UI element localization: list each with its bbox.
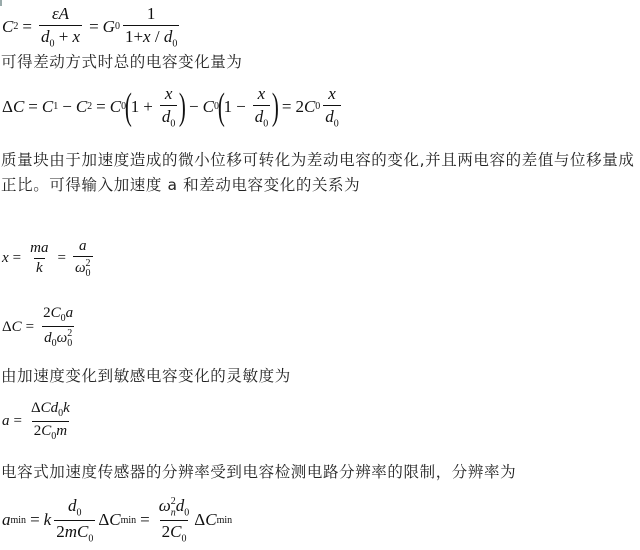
op: = bbox=[14, 413, 22, 430]
sym: a bbox=[2, 510, 11, 530]
op: − bbox=[236, 97, 246, 117]
sym: C bbox=[12, 319, 22, 336]
paragraph-sensitivity: 由加速度变化到敏感电容变化的灵敏度为 bbox=[1, 364, 291, 386]
sym: C bbox=[77, 522, 88, 541]
denominator: 2mC0 bbox=[54, 520, 95, 545]
fraction: d0 2mC0 bbox=[54, 496, 95, 545]
sup: 2 bbox=[86, 258, 91, 269]
op: = bbox=[13, 250, 21, 267]
op: = bbox=[140, 510, 150, 530]
numerator: x bbox=[326, 84, 338, 105]
equation-c2: C2 = εA d0 + x = G0 1 1+x / d0 bbox=[2, 4, 182, 49]
op: = bbox=[30, 510, 40, 530]
op: = bbox=[57, 250, 65, 267]
sym: C bbox=[203, 97, 214, 117]
sym: C bbox=[2, 17, 13, 37]
sym: C bbox=[205, 510, 216, 530]
sym: G bbox=[103, 17, 115, 37]
sym: Δ bbox=[2, 97, 13, 117]
sym: C bbox=[42, 97, 53, 117]
sub: 0 bbox=[181, 533, 186, 544]
sym: C bbox=[51, 305, 61, 321]
sym: C bbox=[13, 97, 24, 117]
equation-delta-c: ΔC = C1 − C2 = C0 ( 1+ x d0 ) − C0 ( 1− … bbox=[2, 84, 344, 129]
fraction: εA d0 + x bbox=[39, 4, 82, 49]
sub: 0 bbox=[86, 268, 91, 279]
sym: Δ bbox=[31, 400, 41, 416]
sym: ω bbox=[75, 260, 86, 276]
denominator: d0 bbox=[323, 105, 341, 130]
equation-displacement: x = ma k = a ω02 bbox=[2, 238, 96, 280]
numerator: εA bbox=[50, 4, 71, 25]
fraction: x d0 bbox=[160, 84, 178, 129]
numerator: 2C0a bbox=[41, 305, 75, 326]
fraction: x d0 bbox=[323, 84, 341, 129]
denominator: d0 + x bbox=[39, 25, 82, 50]
numerator: ΔCd0k bbox=[29, 400, 72, 421]
sub: 0 bbox=[334, 118, 339, 129]
op: = bbox=[28, 97, 38, 117]
sym: C bbox=[109, 510, 120, 530]
op: + bbox=[133, 27, 143, 46]
numerator: 1 bbox=[145, 4, 158, 25]
fraction: 2C0a d0ω02 bbox=[41, 305, 75, 349]
sym: Δ bbox=[98, 510, 109, 530]
sub: 0 bbox=[184, 507, 189, 518]
paren: ( bbox=[125, 88, 132, 126]
denominator: k bbox=[34, 258, 45, 277]
fraction: ΔCd0k 2C0m bbox=[29, 400, 72, 442]
equation-sensitivity: a = ΔCd0k 2C0m bbox=[2, 400, 75, 442]
equation-delta-c-accel: ΔC = 2C0a d0ω02 bbox=[2, 305, 78, 349]
sym: Δ bbox=[2, 319, 12, 336]
numerator: ωn2d0 bbox=[157, 496, 192, 520]
sym: 2 bbox=[56, 522, 65, 541]
sym: d bbox=[176, 496, 185, 515]
sup: 2 bbox=[67, 328, 72, 339]
op: + bbox=[59, 27, 69, 46]
sym: C bbox=[41, 400, 51, 416]
paragraph-mass-displacement-line2: 正比。可得输入加速度 a 和差动电容变化的关系为 bbox=[1, 173, 360, 195]
op: = bbox=[282, 97, 292, 117]
sym: d bbox=[44, 330, 52, 346]
op: = bbox=[96, 97, 106, 117]
op: = bbox=[22, 17, 32, 37]
fraction: 1 1+x / d0 bbox=[123, 4, 179, 49]
numerator: ma bbox=[28, 240, 50, 258]
op: = bbox=[89, 17, 99, 37]
sym: C bbox=[76, 97, 87, 117]
sym: x bbox=[2, 250, 9, 267]
op: − bbox=[189, 97, 199, 117]
sym: x bbox=[143, 27, 151, 46]
sym: C bbox=[110, 97, 121, 117]
sub: min bbox=[121, 515, 137, 526]
sym: 2 bbox=[43, 305, 51, 321]
sym: 2 bbox=[295, 97, 304, 117]
op: / bbox=[155, 27, 160, 46]
paren: ( bbox=[218, 88, 225, 126]
sym: d bbox=[68, 496, 77, 515]
sub: 0 bbox=[115, 21, 120, 32]
sym: ω bbox=[57, 330, 68, 346]
fraction: ωn2d0 2C0 bbox=[157, 496, 192, 545]
paren: ) bbox=[179, 88, 186, 126]
paragraph-mass-displacement-line1: 质量块由于加速度造成的微小位移可转化为差动电容的变化,并且两电容的差值与位移量成 bbox=[1, 148, 634, 170]
sub: 0 bbox=[77, 507, 82, 518]
sub: 0 bbox=[263, 118, 268, 129]
sub: 2 bbox=[13, 21, 18, 32]
denominator: d0 bbox=[160, 105, 178, 130]
sym: C bbox=[304, 97, 315, 117]
sym: a bbox=[41, 240, 49, 256]
denominator: 2C0 bbox=[160, 520, 189, 545]
equation-resolution: amin = k d0 2mC0 ΔCmin = ωn2d0 2C0 ΔCmin bbox=[2, 496, 232, 545]
sym: m bbox=[30, 240, 41, 256]
sym: m bbox=[56, 423, 67, 439]
sym: k bbox=[44, 510, 52, 530]
sub: 0 bbox=[88, 533, 93, 544]
fraction: ma k bbox=[28, 240, 50, 278]
sym: x bbox=[73, 27, 81, 46]
sym: k bbox=[63, 400, 70, 416]
sym: d bbox=[325, 107, 334, 126]
numerator: x bbox=[163, 84, 175, 105]
sym: C bbox=[170, 522, 181, 541]
sym: 1 bbox=[224, 97, 233, 117]
denominator: d0ω02 bbox=[42, 326, 74, 350]
sub: min bbox=[11, 515, 27, 526]
sym: 1 bbox=[131, 97, 140, 117]
sub: 2 bbox=[87, 101, 92, 112]
sym: Δ bbox=[194, 510, 205, 530]
sym: d bbox=[255, 107, 264, 126]
denominator: 1+x / d0 bbox=[123, 25, 179, 50]
sub: 0 bbox=[315, 101, 320, 112]
sub: 0 bbox=[170, 118, 175, 129]
sub: 1 bbox=[53, 101, 58, 112]
numerator: x bbox=[256, 84, 268, 105]
sub: 0 bbox=[172, 38, 177, 49]
paren: ) bbox=[272, 88, 279, 126]
fraction: x d0 bbox=[253, 84, 271, 129]
sub: min bbox=[217, 515, 233, 526]
sym: m bbox=[65, 522, 77, 541]
sym: a bbox=[2, 413, 10, 430]
paragraph-resolution: 电容式加速度传感器的分辨率受到电容检测电路分辨率的限制，分辨率为 bbox=[1, 460, 516, 482]
sym: a bbox=[66, 305, 74, 321]
paragraph-total-capacitance-change: 可得差动方式时总的电容变化量为 bbox=[1, 50, 243, 72]
sub: 0 bbox=[49, 38, 54, 49]
denominator: d0 bbox=[253, 105, 271, 130]
op: − bbox=[62, 97, 72, 117]
numerator: d0 bbox=[66, 496, 84, 520]
op: + bbox=[143, 97, 153, 117]
sym: ω bbox=[159, 496, 171, 515]
sub: 0 bbox=[67, 338, 72, 349]
sym: C bbox=[41, 423, 51, 439]
fraction: a ω02 bbox=[73, 238, 93, 280]
op: = bbox=[26, 319, 34, 336]
denominator: 2C0m bbox=[32, 421, 69, 443]
sym: 2 bbox=[162, 522, 171, 541]
numerator: a bbox=[77, 238, 89, 256]
denominator: ω02 bbox=[73, 256, 93, 280]
